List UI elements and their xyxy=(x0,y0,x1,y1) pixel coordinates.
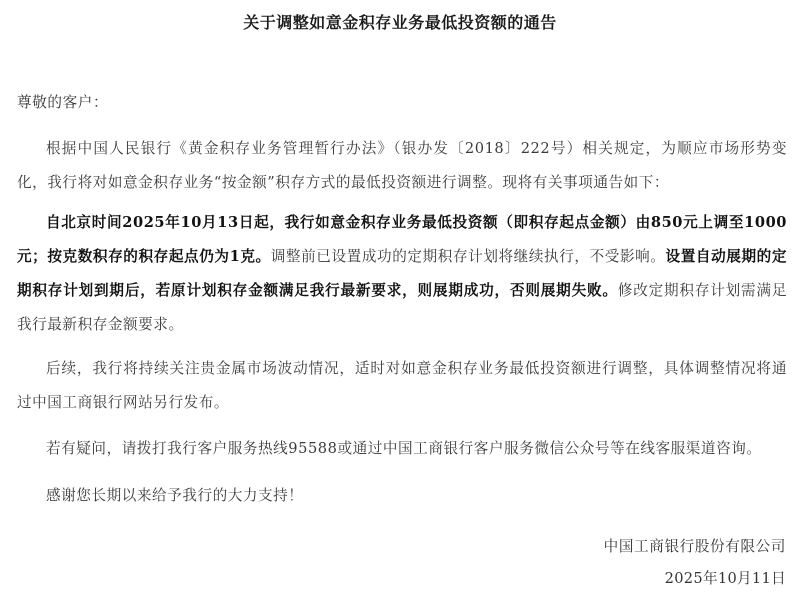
paragraph-adjustment: 自北京时间2025年10月13日起，我行如意金积存业务最低投资额（即积存起点金额… xyxy=(17,206,787,342)
paragraph-followup: 后续，我行将持续关注贵金属市场波动情况，适时对如意金积存业务最低投资额进行调整，… xyxy=(17,352,787,420)
signature-date: 2025年10月11日 xyxy=(665,567,786,588)
text-segment: 根据中国人民银行《黄金积存业务管理暂行办法》（银办发〔2018〕222号）相关规… xyxy=(17,140,787,191)
notice-document: 关于调整如意金积存业务最低投资额的通告 尊敬的客户： 根据中国人民银行《黄金积存… xyxy=(0,0,800,596)
text-segment: 若有疑问，请拨打我行客户服务热线95588或通过中国工商银行客户服务微信公众号等… xyxy=(46,440,762,457)
text-segment-existing-plans: 调整前已设置成功的定期积存计划将继续执行，不受影响。 xyxy=(271,248,666,265)
paragraph-contact: 若有疑问，请拨打我行客户服务热线95588或通过中国工商银行客户服务微信公众号等… xyxy=(17,432,787,466)
paragraph-thanks: 感谢您长期以来给予我行的大力支持！ xyxy=(17,479,787,513)
text-segment: 感谢您长期以来给予我行的大力支持！ xyxy=(46,487,303,504)
text-segment: 后续，我行将持续关注贵金属市场波动情况，适时对如意金积存业务最低投资额进行调整，… xyxy=(17,360,787,411)
signature-organization: 中国工商银行股份有限公司 xyxy=(604,535,786,556)
greeting: 尊敬的客户： xyxy=(17,91,108,112)
page-title: 关于调整如意金积存业务最低投资额的通告 xyxy=(0,10,800,33)
paragraph-intro: 根据中国人民银行《黄金积存业务管理暂行办法》（银办发〔2018〕222号）相关规… xyxy=(17,132,787,200)
